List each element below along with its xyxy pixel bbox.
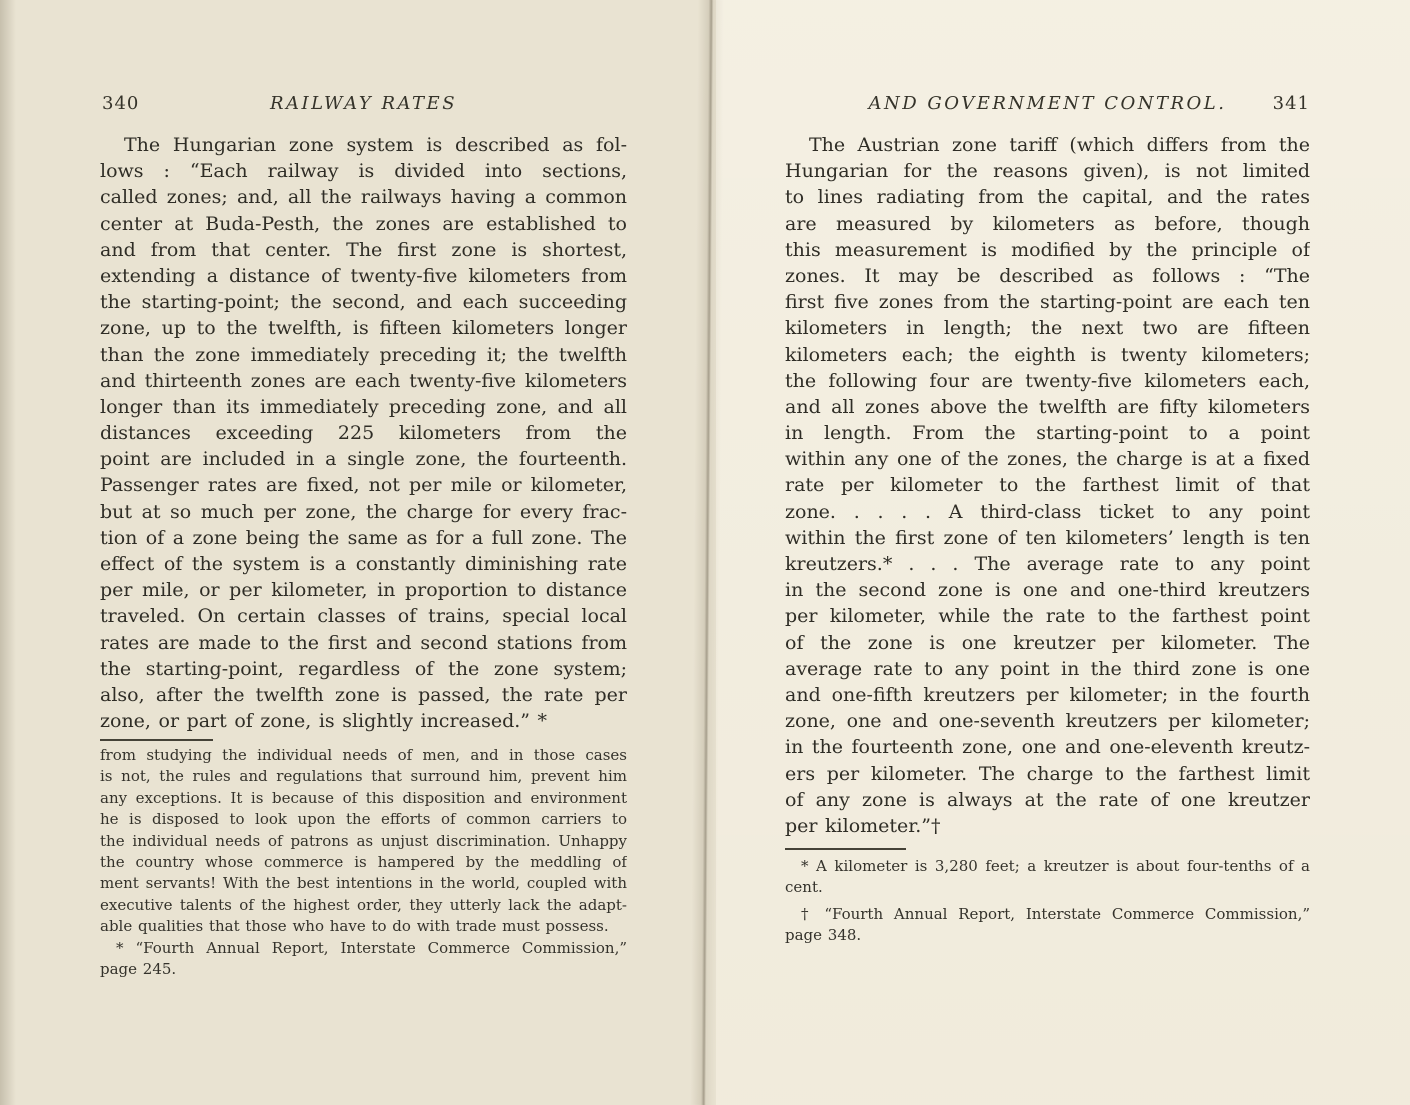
text-line: point are included in a single zone, the… <box>100 446 627 472</box>
text-line: and from that center. The first zone is … <box>100 237 627 263</box>
text-line: to lines radiating from the capital, and… <box>785 184 1310 210</box>
text-line: * “Fourth Annual Report, Interstate Comm… <box>100 938 627 959</box>
text-line: The Hungarian zone system is described a… <box>100 132 627 158</box>
text-line: center at Buda-Pesth, the zones are esta… <box>100 211 627 237</box>
text-line: longer than its immediately preceding zo… <box>100 394 627 420</box>
text-line: in the fourteenth zone, one and one-elev… <box>785 734 1310 760</box>
text-line: per kilometer, while the rate to the far… <box>785 603 1310 629</box>
text-line: extending a distance of twenty-five kilo… <box>100 263 627 289</box>
text-line: the country whose commerce is hampered b… <box>100 852 627 873</box>
right-footnote-text: * A kilometer is 3,280 feet; a kreutzer … <box>785 856 1310 947</box>
book-scan: { "colors":{"paper":"#e9e3d2","paper_rig… <box>0 0 1410 1105</box>
left-body-text: The Hungarian zone system is described a… <box>100 132 627 734</box>
text-line: † “Fourth Annual Report, Interstate Comm… <box>785 904 1310 925</box>
book-spread: 340 RAILWAY RATES The Hungarian zone sys… <box>0 0 1410 1105</box>
text-line: of any zone is always at the rate of one… <box>785 787 1310 813</box>
text-line: The Austrian zone tariff (which differs … <box>785 132 1310 158</box>
text-line: executive talents of the highest order, … <box>100 895 627 916</box>
text-line: page 245. <box>100 959 627 980</box>
text-line: the individual needs of patrons as unjus… <box>100 831 627 852</box>
text-line: zone. . . . . A third-class ticket to an… <box>785 499 1310 525</box>
text-line: per kilometer.”† <box>785 813 1310 839</box>
text-line: but at so much per zone, the charge for … <box>100 499 627 525</box>
text-line: and thirteenth zones are each twenty-fiv… <box>100 368 627 394</box>
text-line: cent. <box>785 877 1310 898</box>
text-line: and one-fifth kreutzers per kilometer; i… <box>785 682 1310 708</box>
text-line: kreutzers.* . . . The average rate to an… <box>785 551 1310 577</box>
text-line: also, after the twelfth zone is passed, … <box>100 682 627 708</box>
text-line: within any one of the zones, the charge … <box>785 446 1310 472</box>
text-line: ers per kilometer. The charge to the far… <box>785 761 1310 787</box>
text-line: of the zone is one kreutzer per kilomete… <box>785 630 1310 656</box>
text-line: called zones; and, all the railways havi… <box>100 184 627 210</box>
text-line: in the second zone is one and one-third … <box>785 577 1310 603</box>
text-line: this measurement is modified by the prin… <box>785 237 1310 263</box>
text-line: first five zones from the starting-point… <box>785 289 1310 315</box>
text-line: able qualities that those who have to do… <box>100 916 627 937</box>
text-line: zone, up to the twelfth, is fifteen kilo… <box>100 315 627 341</box>
text-line: * A kilometer is 3,280 feet; a kreutzer … <box>785 856 1310 877</box>
text-line: rates are made to the first and second s… <box>100 630 627 656</box>
text-line: Passenger rates are fixed, not per mile … <box>100 472 627 498</box>
text-line: zones. It may be described as follows : … <box>785 263 1310 289</box>
text-line: tion of a zone being the same as for a f… <box>100 525 627 551</box>
text-line: zone, one and one-seventh kreutzers per … <box>785 708 1310 734</box>
text-line: kilometers each; the eighth is twenty ki… <box>785 342 1310 368</box>
text-line: Hungarian for the reasons given), is not… <box>785 158 1310 184</box>
page-number-left: 340 <box>102 92 139 116</box>
text-line: rate per kilometer to the farthest limit… <box>785 472 1310 498</box>
text-line: the following four are twenty-five kilom… <box>785 368 1310 394</box>
text-line: kilometers in length; the next two are f… <box>785 315 1310 341</box>
text-line: traveled. On certain classes of trains, … <box>100 603 627 629</box>
text-line: lows : “Each railway is divided into sec… <box>100 158 627 184</box>
footnote-separator-right <box>785 848 906 850</box>
text-line: he is disposed to look upon the efforts … <box>100 809 627 830</box>
left-footnote-text: from studying the individual needs of me… <box>100 745 627 980</box>
text-line: is not, the rules and regulations that s… <box>100 766 627 787</box>
text-line: distances exceeding 225 kilometers from … <box>100 420 627 446</box>
text-line: the starting-point; the second, and each… <box>100 289 627 315</box>
text-line: any exceptions. It is because of this di… <box>100 788 627 809</box>
text-line: page 348. <box>785 925 1310 946</box>
text-line: effect of the system is a constantly dim… <box>100 551 627 577</box>
text-line: within the first zone of ten kilometers’… <box>785 525 1310 551</box>
text-line: the starting-point, regardless of the zo… <box>100 656 627 682</box>
text-line: zone, or part of zone, is slightly incre… <box>100 708 627 734</box>
text-line: and all zones above the twelfth are fift… <box>785 394 1310 420</box>
text-line: ment servants! With the best intentions … <box>100 873 627 894</box>
running-header-right: AND GOVERNMENT CONTROL. <box>785 92 1310 116</box>
footnote-separator-left <box>100 739 213 741</box>
page-number-right: 341 <box>1273 92 1310 116</box>
text-line: per mile, or per kilometer, in proportio… <box>100 577 627 603</box>
text-line: in length. From the starting-point to a … <box>785 420 1310 446</box>
left-page-header: 340 RAILWAY RATES <box>100 92 627 116</box>
page-edge-shadow <box>0 0 16 1105</box>
right-page-header: 341 AND GOVERNMENT CONTROL. <box>785 92 1310 116</box>
text-line: from studying the individual needs of me… <box>100 745 627 766</box>
text-line: average rate to any point in the third z… <box>785 656 1310 682</box>
running-header-left: RAILWAY RATES <box>100 92 627 116</box>
text-line: are measured by kilometers as before, th… <box>785 211 1310 237</box>
right-body-text: The Austrian zone tariff (which differs … <box>785 132 1310 839</box>
text-line: than the zone immediately preceding it; … <box>100 342 627 368</box>
